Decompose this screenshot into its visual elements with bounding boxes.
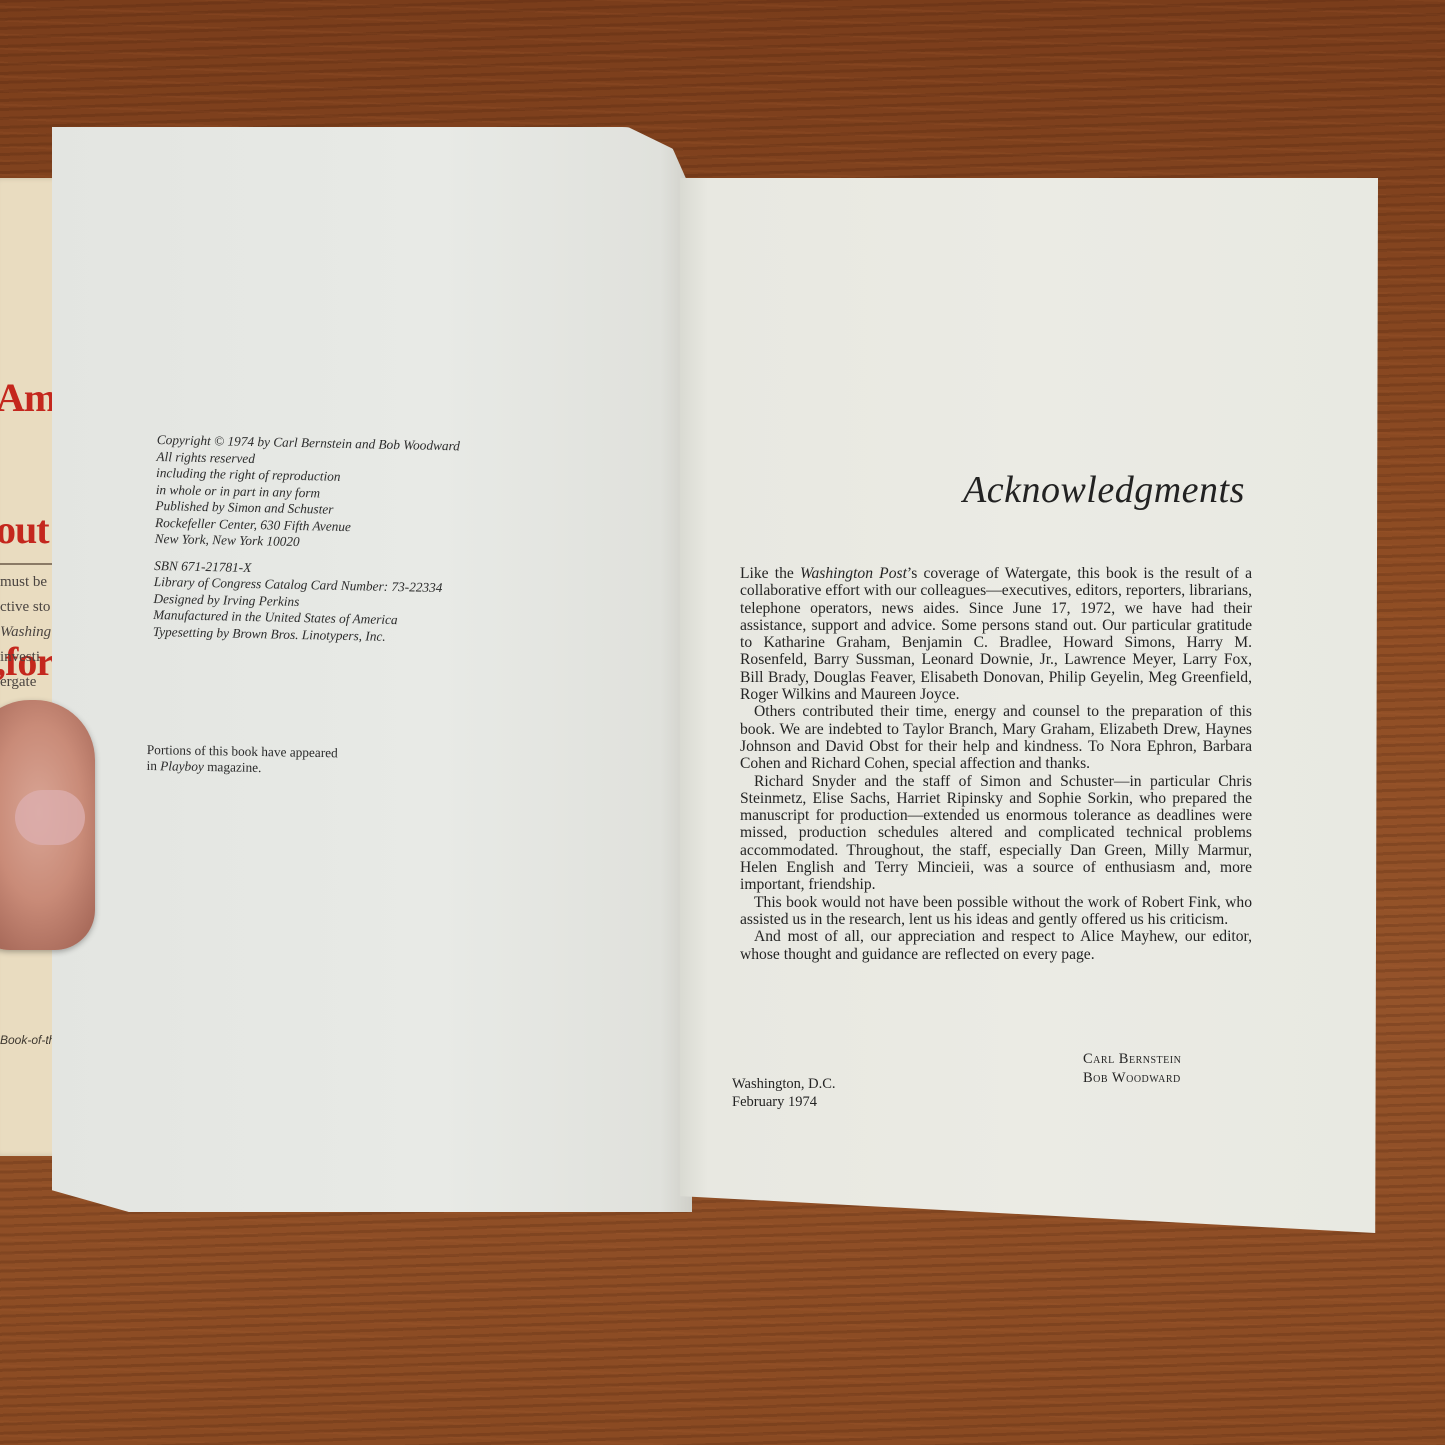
- text: in: [146, 758, 160, 773]
- magazine-title: Playboy: [160, 758, 204, 774]
- jacket-blurb-line: must be: [0, 574, 47, 590]
- text: magazine.: [204, 759, 262, 775]
- thumbnail: [15, 790, 85, 845]
- left-page: [52, 127, 692, 1212]
- portions-note: Portions of this book have appeared in P…: [146, 742, 337, 777]
- jacket-blurb-line: ergate: [0, 674, 36, 690]
- paragraph: And most of all, our appreciation and re…: [740, 928, 1252, 963]
- newspaper-title: Washington Post: [800, 565, 907, 582]
- jacket-blurb-line: Washing: [0, 624, 51, 640]
- paragraph: This book would not have been possible w…: [740, 894, 1252, 929]
- copyright-block: Copyright © 1974 by Carl Bernstein and B…: [153, 432, 460, 646]
- author-signature: Carl Bernstein: [1083, 1050, 1181, 1069]
- place-and-date: Washington, D.C. February 1974: [732, 1075, 836, 1111]
- jacket-blurb: must be ctive sto Washing investi ergate: [0, 570, 51, 695]
- place: Washington, D.C.: [732, 1075, 836, 1093]
- jacket-footer: Book-of-th: [0, 1033, 55, 1047]
- signatures: Carl Bernstein Bob Woodward: [1083, 1050, 1181, 1088]
- paragraph: Others contributed their time, energy an…: [740, 703, 1252, 772]
- paragraph: Richard Snyder and the staff of Simon an…: [740, 773, 1252, 894]
- jacket-blurb-line: investi: [0, 649, 40, 665]
- acknowledgments-body: Like the Washington Post’s coverage of W…: [740, 565, 1252, 963]
- portions-line: in Playboy magazine.: [146, 758, 337, 777]
- paragraph: Like the Washington Post’s coverage of W…: [740, 565, 1252, 703]
- text: Like the: [740, 565, 800, 582]
- date: February 1974: [732, 1093, 836, 1111]
- author-signature: Bob Woodward: [1083, 1069, 1181, 1088]
- page-title: Acknowledgments: [963, 468, 1245, 512]
- text: ’s coverage of Watergate, this book is t…: [740, 565, 1252, 703]
- jacket-blurb-line: ctive sto: [0, 599, 50, 615]
